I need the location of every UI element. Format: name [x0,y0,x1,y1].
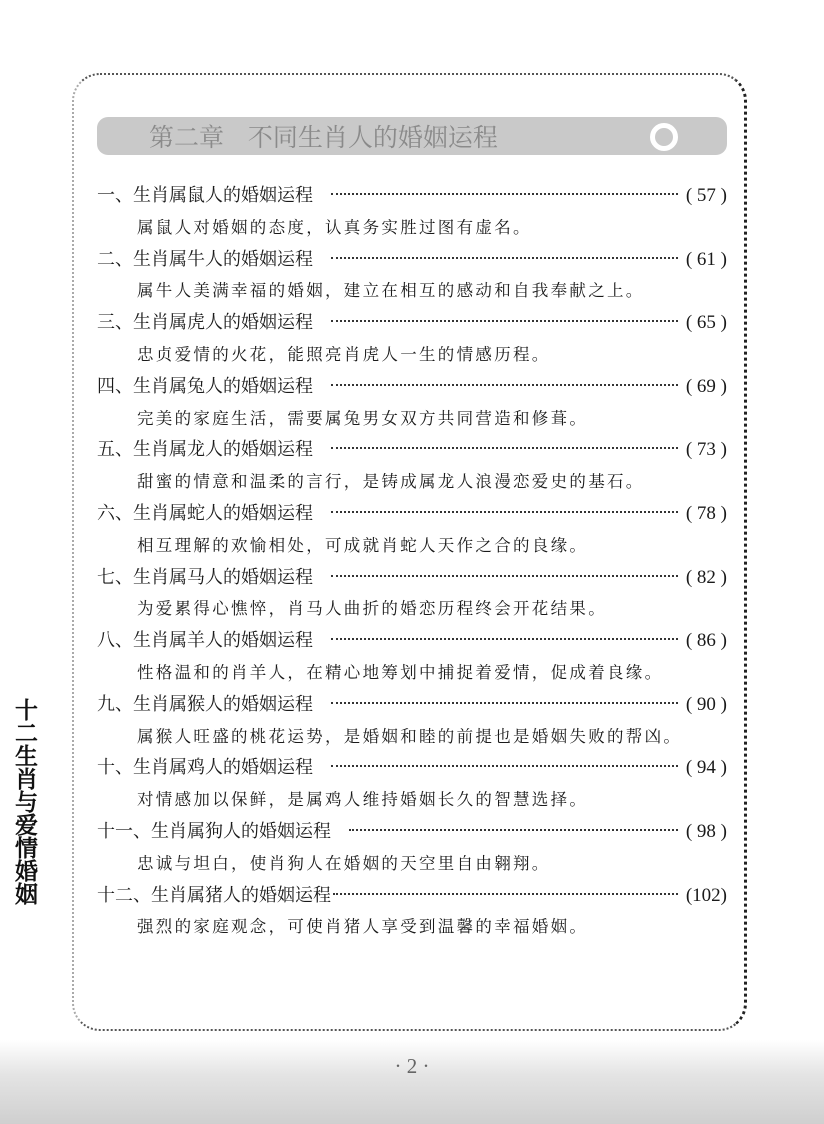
book-title-side-label: 十二生肖与爱情婚姻 [8,698,36,905]
entry-description: 甜蜜的情意和温柔的言行，是铸成属龙人浪漫恋爱史的基石。 [97,466,697,498]
entry-description: 属鼠人对婚姻的态度，认真务实胜过图有虚名。 [97,212,697,244]
entry-page[interactable]: ( 57 ) [686,180,727,212]
dot-leader [331,320,678,322]
entry-title[interactable]: 一、生肖属鼠人的婚姻运程 [97,180,313,212]
toc-entry[interactable]: 四、生肖属兔人的婚姻运程( 69 ) 完美的家庭生活，需要属兔男女双方共同营造和… [97,371,727,435]
entry-description: 性格温和的肖羊人，在精心地筹划中捕捉着爱情，促成着良缘。 [97,657,697,689]
entry-description: 忠诚与坦白，使肖狗人在婚姻的天空里自由翱翔。 [97,848,697,880]
toc-entry[interactable]: 五、生肖属龙人的婚姻运程( 73 ) 甜蜜的情意和温柔的言行，是铸成属龙人浪漫恋… [97,434,727,498]
entry-description: 完美的家庭生活，需要属兔男女双方共同营造和修葺。 [97,403,697,435]
toc-entry[interactable]: 十、生肖属鸡人的婚姻运程( 94 ) 对情感加以保鲜，是属鸡人维持婚姻长久的智慧… [97,752,727,816]
entry-page[interactable]: (102) [686,880,727,912]
dot-leader [331,575,678,577]
toc-entry[interactable]: 七、生肖属马人的婚姻运程( 82 ) 为爱累得心憔悴，肖马人曲折的婚恋历程终会开… [97,562,727,626]
entry-title[interactable]: 四、生肖属兔人的婚姻运程 [97,371,313,403]
entry-title[interactable]: 十一、生肖属狗人的婚姻运程 [97,816,331,848]
toc-entry[interactable]: 九、生肖属猴人的婚姻运程( 90 ) 属猴人旺盛的桃花运势，是婚姻和睦的前提也是… [97,689,727,753]
entry-description: 为爱累得心憔悴，肖马人曲折的婚恋历程终会开花结果。 [97,593,697,625]
dot-leader [331,193,678,195]
entry-description: 强烈的家庭观念，可使肖猪人享受到温馨的幸福婚姻。 [97,911,697,943]
dot-leader [333,893,678,895]
entry-page[interactable]: ( 98 ) [686,816,727,848]
entry-page[interactable]: ( 69 ) [686,371,727,403]
chapter-header-bar: 第二章 不同生肖人的婚姻运程 [97,117,727,155]
entry-description: 对情感加以保鲜，是属鸡人维持婚姻长久的智慧选择。 [97,784,697,816]
entry-page[interactable]: ( 86 ) [686,625,727,657]
dot-leader [331,765,678,767]
entry-title[interactable]: 八、生肖属羊人的婚姻运程 [97,625,313,657]
entry-title[interactable]: 十二、生肖属猪人的婚姻运程 [97,880,331,912]
entry-page[interactable]: ( 90 ) [686,689,727,721]
entry-title[interactable]: 十、生肖属鸡人的婚姻运程 [97,752,313,784]
entry-title[interactable]: 三、生肖属虎人的婚姻运程 [97,307,313,339]
toc-entry[interactable]: 二、生肖属牛人的婚姻运程( 61 ) 属牛人美满幸福的婚姻，建立在相互的感动和自… [97,244,727,308]
entry-page[interactable]: ( 78 ) [686,498,727,530]
toc-entry[interactable]: 八、生肖属羊人的婚姻运程( 86 ) 性格温和的肖羊人，在精心地筹划中捕捉着爱情… [97,625,727,689]
entry-description: 属牛人美满幸福的婚姻，建立在相互的感动和自我奉献之上。 [97,275,697,307]
dot-leader [331,702,678,704]
toc-entry[interactable]: 十一、生肖属狗人的婚姻运程( 98 ) 忠诚与坦白，使肖狗人在婚姻的天空里自由翱… [97,816,727,880]
entry-page[interactable]: ( 73 ) [686,434,727,466]
dot-leader [331,384,678,386]
dot-leader [331,511,678,513]
entry-title[interactable]: 九、生肖属猴人的婚姻运程 [97,689,313,721]
entry-title[interactable]: 二、生肖属牛人的婚姻运程 [97,244,313,276]
entry-title[interactable]: 七、生肖属马人的婚姻运程 [97,562,313,594]
entry-page[interactable]: ( 94 ) [686,752,727,784]
dot-leader [331,447,678,449]
toc-entry[interactable]: 十二、生肖属猪人的婚姻运程(102) 强烈的家庭观念，可使肖猪人享受到温馨的幸福… [97,880,727,944]
entry-page[interactable]: ( 61 ) [686,244,727,276]
toc-entry[interactable]: 一、生肖属鼠人的婚姻运程( 57 ) 属鼠人对婚姻的态度，认真务实胜过图有虚名。 [97,180,727,244]
table-of-contents: 一、生肖属鼠人的婚姻运程( 57 ) 属鼠人对婚姻的态度，认真务实胜过图有虚名。… [97,180,727,943]
entry-page[interactable]: ( 82 ) [686,562,727,594]
entry-description: 忠贞爱情的火花，能照亮肖虎人一生的情感历程。 [97,339,697,371]
dot-leader [331,638,678,640]
entry-description: 属猴人旺盛的桃花运势，是婚姻和睦的前提也是婚姻失败的帮凶。 [97,721,697,753]
toc-entry[interactable]: 六、生肖属蛇人的婚姻运程( 78 ) 相互理解的欢愉相处，可成就肖蛇人天作之合的… [97,498,727,562]
entry-page[interactable]: ( 65 ) [686,307,727,339]
page-number: · 2 · [0,1054,824,1079]
entry-title[interactable]: 五、生肖属龙人的婚姻运程 [97,434,313,466]
toc-entry[interactable]: 三、生肖属虎人的婚姻运程( 65 ) 忠贞爱情的火花，能照亮肖虎人一生的情感历程… [97,307,727,371]
dot-leader [349,829,678,831]
dot-leader [331,257,678,259]
entry-title[interactable]: 六、生肖属蛇人的婚姻运程 [97,498,313,530]
entry-description: 相互理解的欢愉相处，可成就肖蛇人天作之合的良缘。 [97,530,697,562]
circle-ring-icon [650,123,678,151]
chapter-title: 第二章 不同生肖人的婚姻运程 [149,118,498,154]
